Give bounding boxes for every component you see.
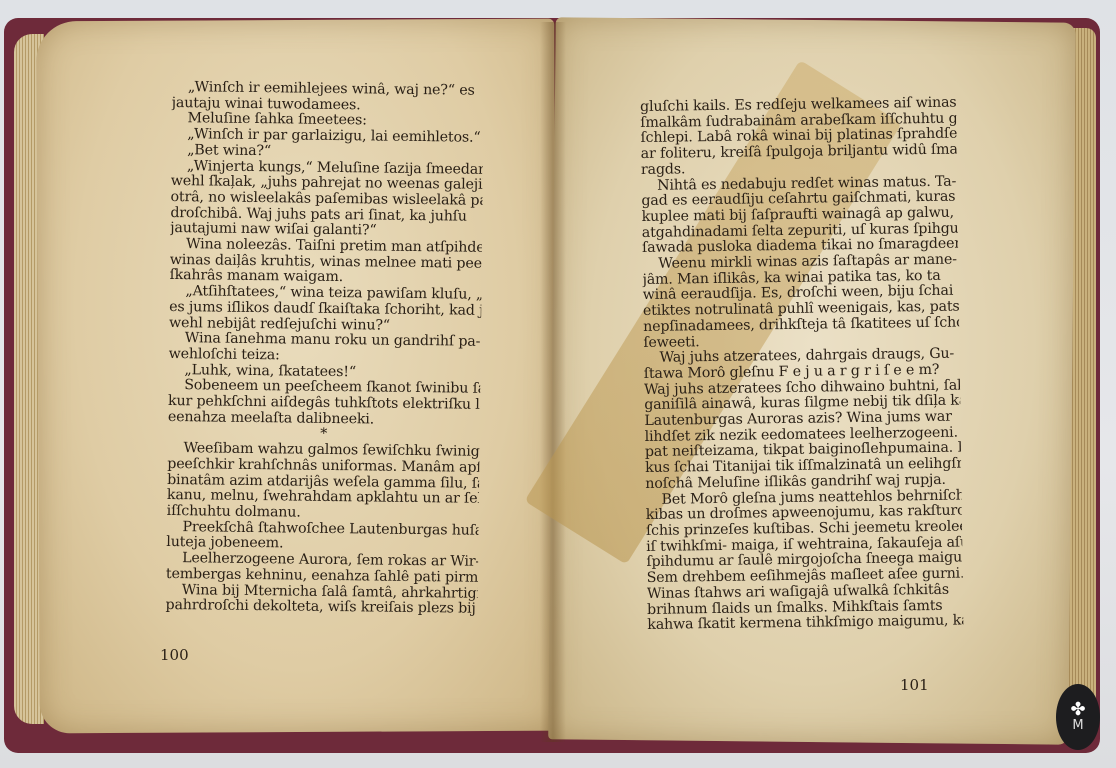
right-page-number: 101 [900, 676, 929, 694]
left-page-number: 100 [160, 646, 189, 664]
flower-monogram-icon: ✤ [1070, 701, 1085, 719]
monogram-letter: M [1072, 719, 1083, 733]
right-page-text: gluſchi kails. Es redſeju welkamees aiſ … [640, 96, 963, 634]
book-gutter [540, 22, 566, 742]
watermark-logo: ✤ M [1056, 684, 1100, 750]
left-page-text: „Winſch ir eemihlejees winâ, waj ne?“ es… [165, 80, 483, 618]
